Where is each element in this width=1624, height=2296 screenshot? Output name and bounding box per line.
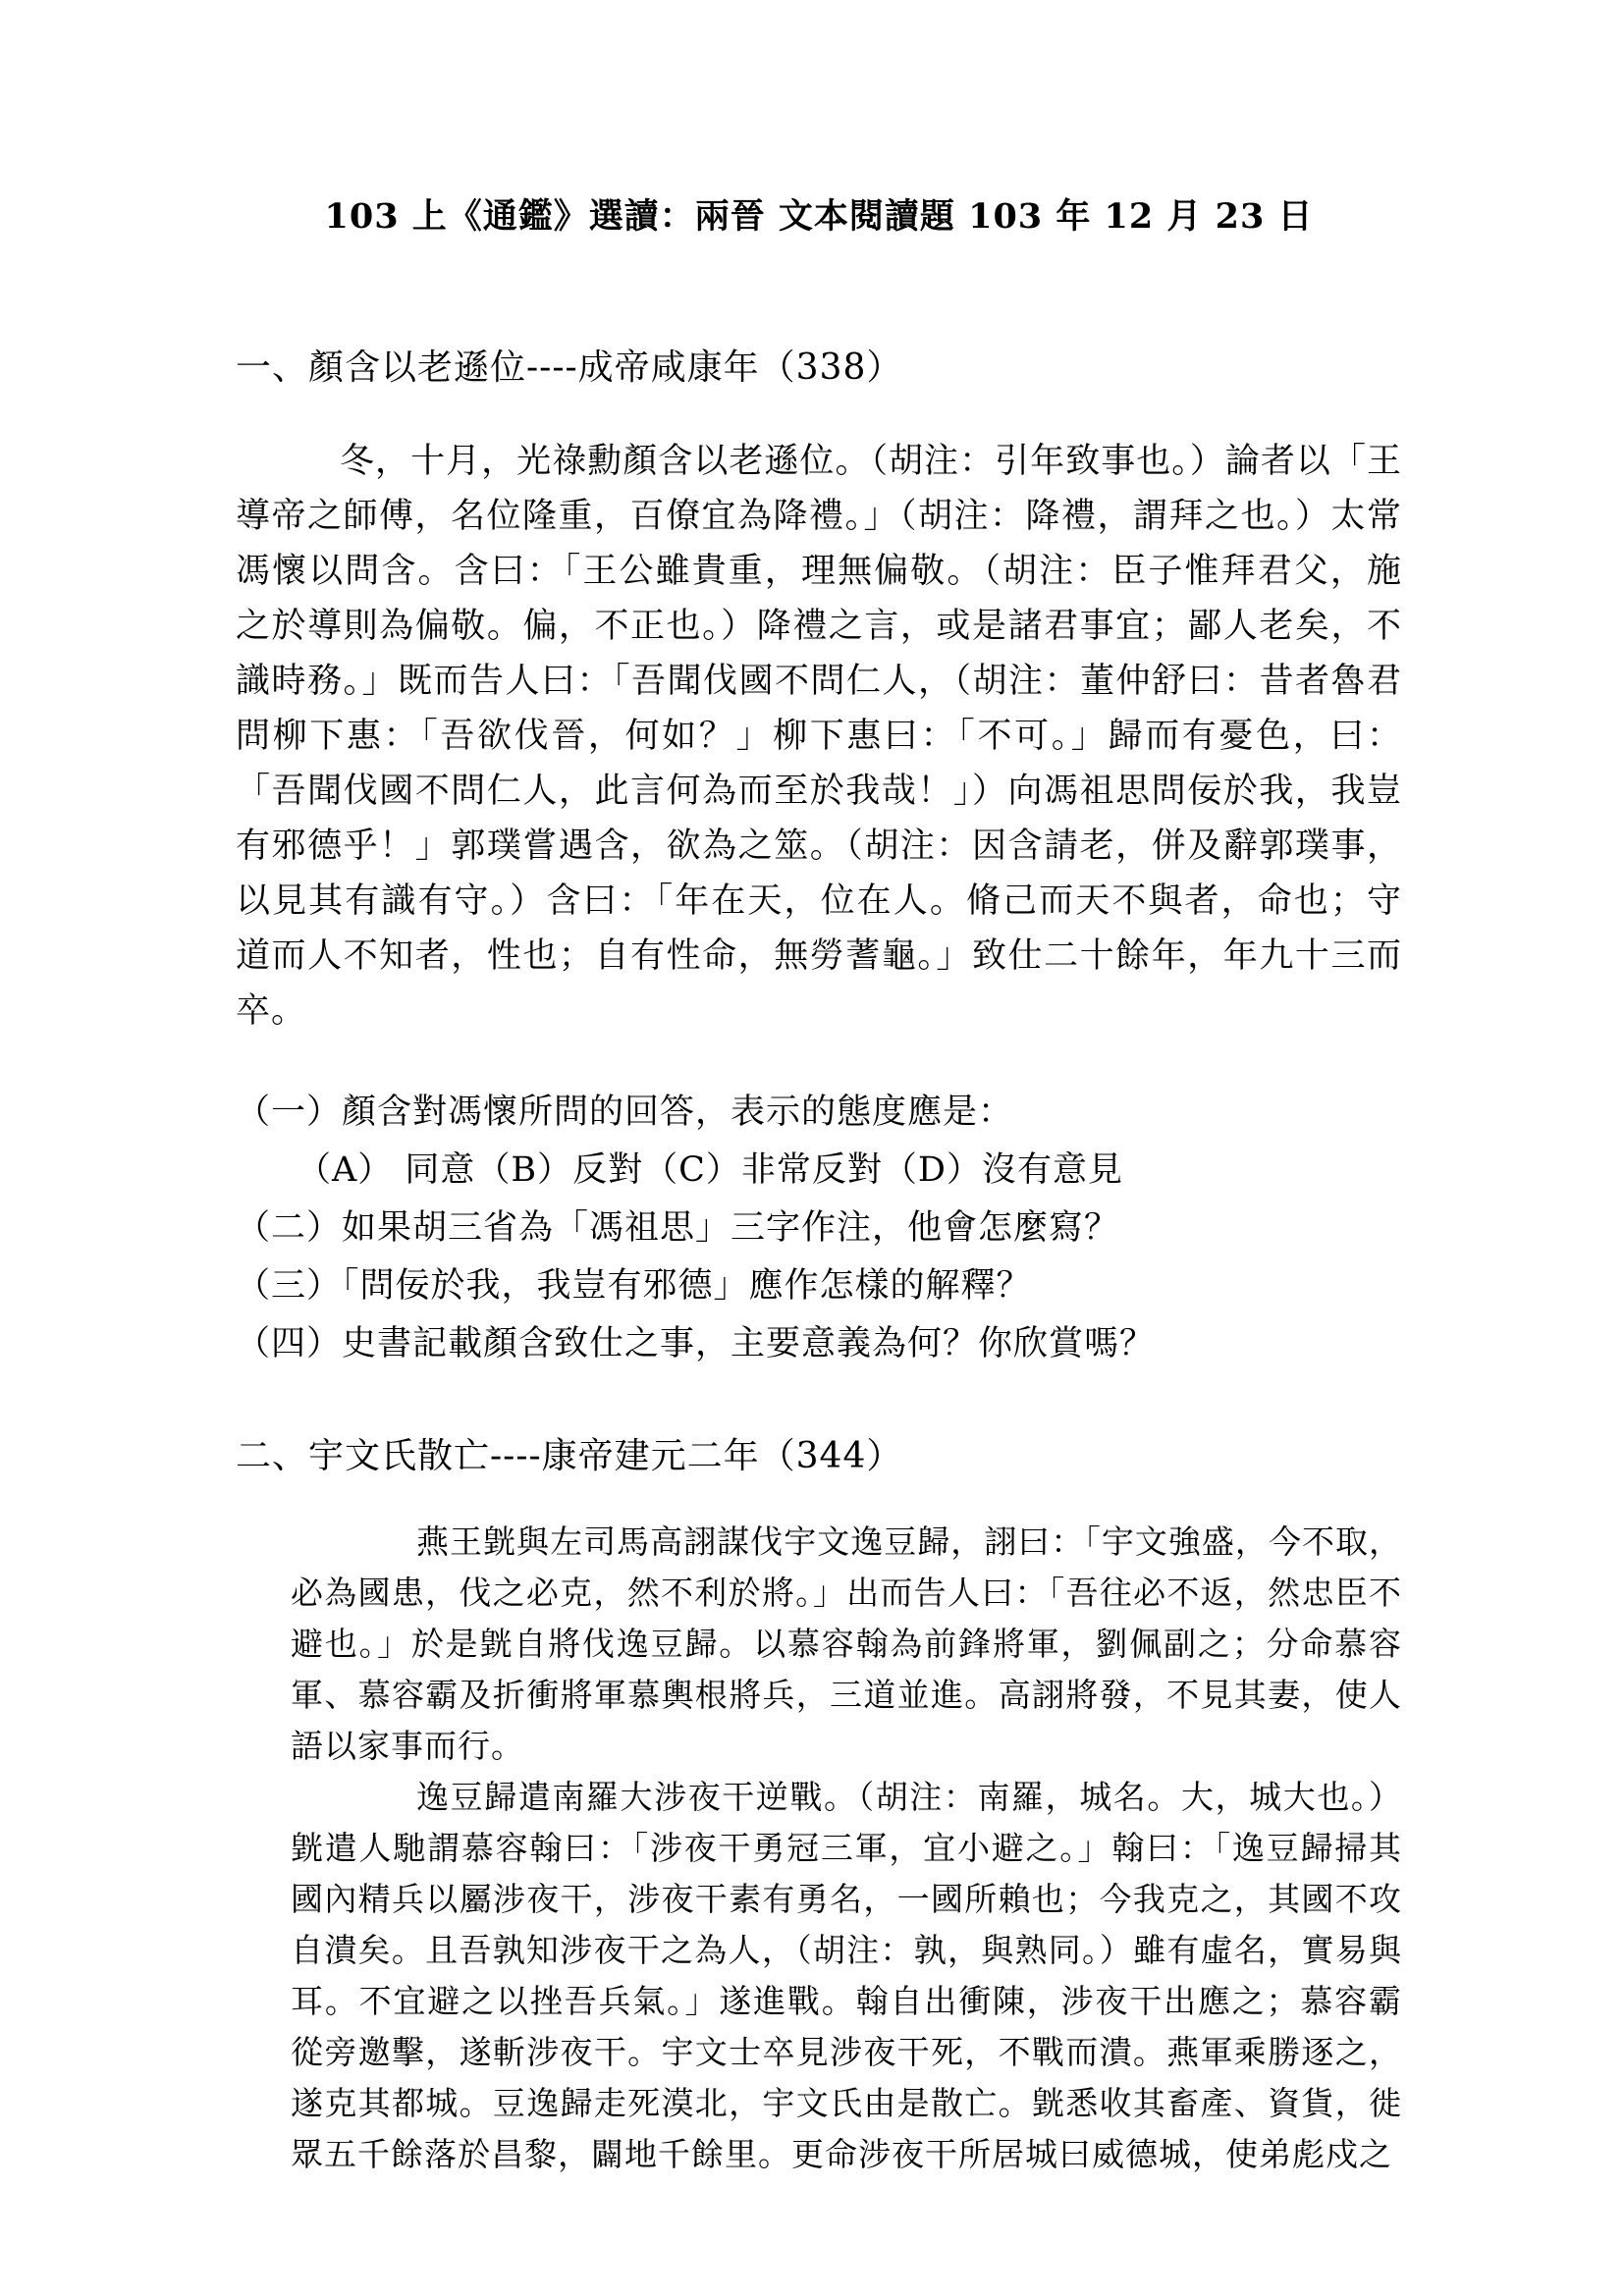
section-2-passage-paragraph-2: 逸豆歸遣南羅大涉夜干逆戰。（胡注：南羅，城名。大，城大也。）皝遣人馳謂慕容翰曰：… — [291, 1772, 1402, 2180]
document-page: 103 上《通鑑》選讀：兩晉 文本閱讀題 103 年 12 月 23 日 一、顏… — [0, 0, 1624, 2296]
section-1-heading: 一、顏含以老遜位----成帝咸康年（338） — [236, 344, 1402, 393]
section-1-passage: 冬，十月，光祿勳顏含以老遜位。（胡注：引年致事也。）論者以「王導帝之師傅，名位隆… — [236, 434, 1402, 1039]
question-2: （二）如果胡三省為「馮祖思」三字作注，他會怎麼寫？ — [236, 1200, 1402, 1257]
section-2-passage-paragraph-1: 燕王皝與左司馬高詡謀伐宇文逸豆歸，詡曰：「宇文強盛，今不取，必為國患，伐之必克，… — [291, 1517, 1402, 1772]
question-1: （一）顏含對馮懷所問的回答，表示的態度應是： — [236, 1084, 1402, 1142]
question-1-options: （A） 同意（B）反對（C）非常反對（D）沒有意見 — [236, 1142, 1402, 1200]
question-3: （三）「問佞於我，我豈有邪德」應作怎樣的解釋？ — [236, 1257, 1402, 1315]
section-2-heading: 二、宇文氏散亡----康帝建元二年（344） — [236, 1432, 1402, 1481]
question-4: （四）史書記載顏含致仕之事，主要意義為何？你欣賞嗎？ — [236, 1315, 1402, 1373]
section-2-passage-block: 燕王皝與左司馬高詡謀伐宇文逸豆歸，詡曰：「宇文強盛，今不取，必為國患，伐之必克，… — [291, 1517, 1402, 2180]
page-title: 103 上《通鑑》選讀：兩晉 文本閱讀題 103 年 12 月 23 日 — [236, 192, 1402, 241]
section-1-questions: （一）顏含對馮懷所問的回答，表示的態度應是： （A） 同意（B）反對（C）非常反… — [236, 1084, 1402, 1373]
